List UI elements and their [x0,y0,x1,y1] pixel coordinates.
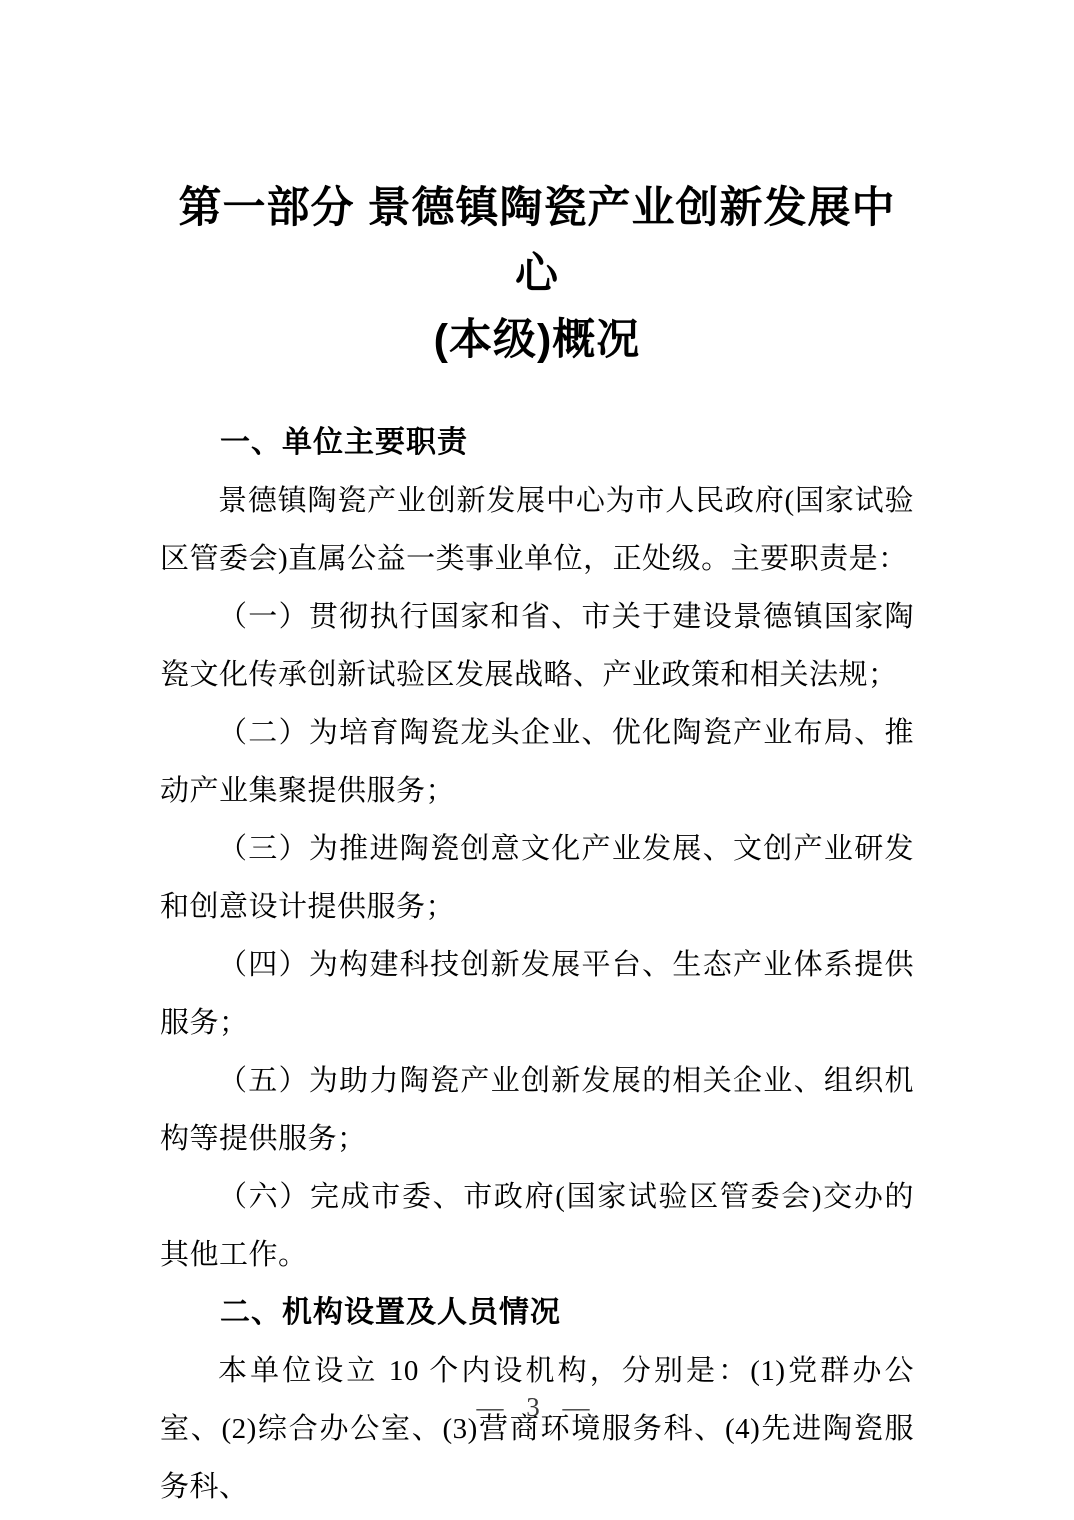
page-content: 第一部分 景德镇陶瓷产业创新发展中心 (本级)概况 一、单位主要职责 景德镇陶瓷… [0,0,1074,1516]
document-page: 第一部分 景德镇陶瓷产业创新发展中心 (本级)概况 一、单位主要职责 景德镇陶瓷… [0,0,1074,1520]
para-duty-4: （四）为构建科技创新发展平台、生态产业体系提供服务； [160,936,914,1052]
para-duty-5: （五）为助力陶瓷产业创新发展的相关企业、组织机构等提供服务； [160,1052,914,1168]
para-unit-intro: 景德镇陶瓷产业创新发展中心为市人民政府(国家试验区管委会)直属公益一类事业单位，… [160,472,914,588]
document-title: 第一部分 景德镇陶瓷产业创新发展中心 (本级)概况 [160,175,914,373]
page-number: — 3 — [0,1392,1074,1423]
document-title-line1: 第一部分 景德镇陶瓷产业创新发展中心 [160,175,914,307]
para-duty-2: （二）为培育陶瓷龙头企业、优化陶瓷产业布局、推动产业集聚提供服务； [160,704,914,820]
section-heading-org-setup: 二、机构设置及人员情况 [160,1284,914,1342]
document-title-line2: (本级)概况 [160,307,914,373]
para-org-intro: 本单位设立 10 个内设机构，分别是：(1)党群办公室、(2)综合办公室、(3)… [160,1342,914,1516]
section-heading-unit-duties: 一、单位主要职责 [160,414,914,472]
document-body: 一、单位主要职责 景德镇陶瓷产业创新发展中心为市人民政府(国家试验区管委会)直属… [160,414,914,1516]
para-duty-1: （一）贯彻执行国家和省、市关于建设景德镇国家陶瓷文化传承创新试验区发展战略、产业… [160,588,914,704]
para-duty-3: （三）为推进陶瓷创意文化产业发展、文创产业研发和创意设计提供服务； [160,820,914,936]
para-duty-6: （六）完成市委、市政府(国家试验区管委会)交办的其他工作。 [160,1168,914,1284]
